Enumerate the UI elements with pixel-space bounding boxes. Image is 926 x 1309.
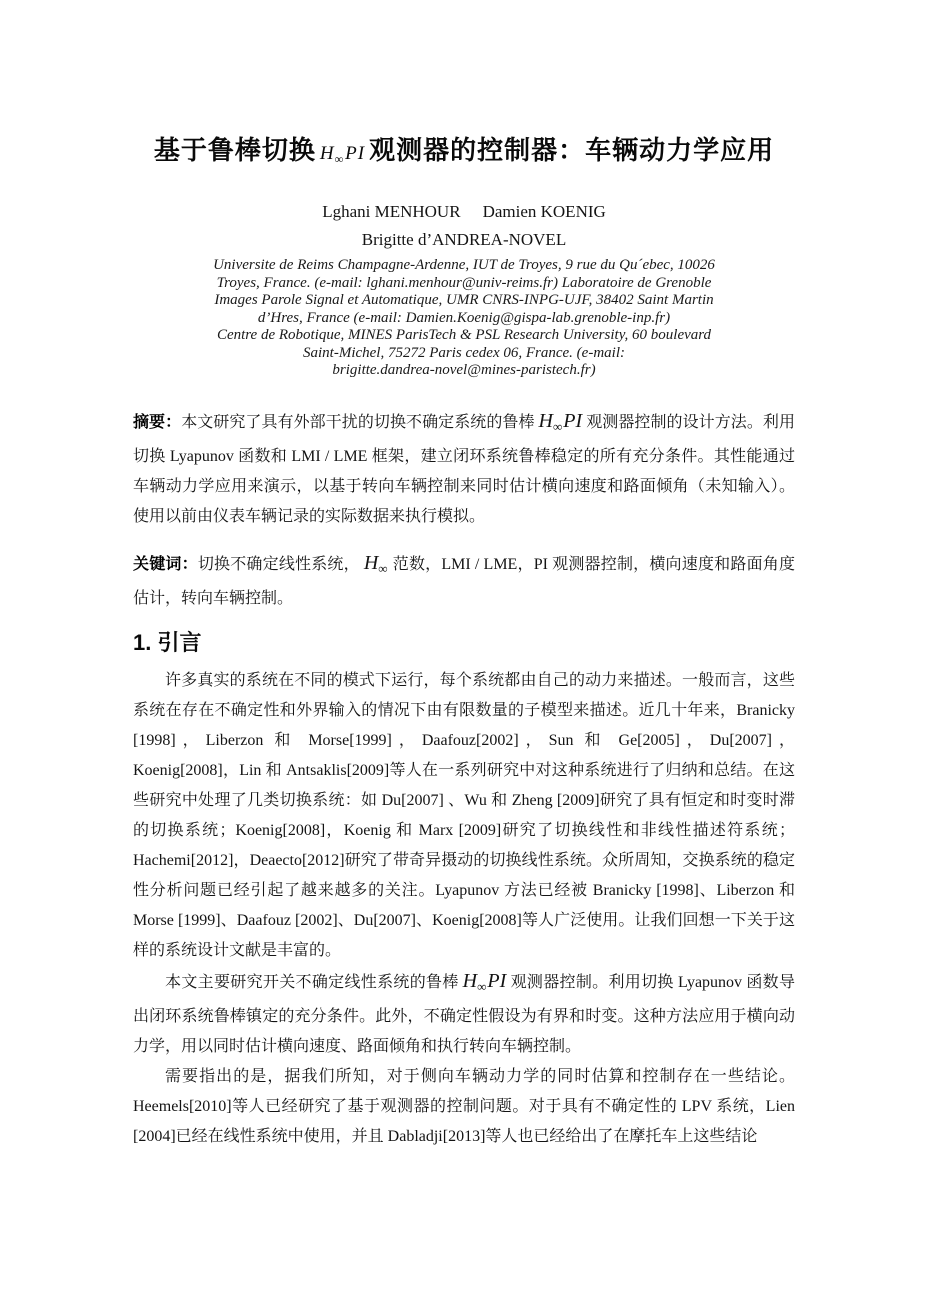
math-sub: ∞ — [477, 979, 486, 994]
paper-page: 基于鲁棒切换H∞PI观测器的控制器：车辆动力学应用 Lghani MENHOUR… — [0, 0, 926, 1309]
math-base: H — [320, 143, 335, 164]
hinf-math-icon: H∞ — [364, 552, 389, 574]
hinf-pi-math-icon: H∞PI — [539, 410, 583, 432]
math-base: H — [463, 970, 477, 992]
authors-line-2: Brigitte d’ANDREA-NOVEL — [133, 229, 795, 251]
affiliation-block: Universite de Reims Champagne-Ardenne, I… — [133, 257, 795, 380]
author-name-3: Brigitte d’ANDREA-NOVEL — [362, 230, 566, 249]
abstract-text-before: 本文研究了具有外部干扰的切换不确定系统的鲁棒 — [181, 414, 534, 431]
affiliation-line: Saint-Michel, 75272 Paris cedex 06, Fran… — [133, 345, 795, 363]
abstract-paragraph: 摘要：本文研究了具有外部干扰的切换不确定系统的鲁棒H∞PI观测器控制的设计方法。… — [133, 406, 795, 532]
intro-paragraph-1: 许多真实的系统在不同的模式下运行，每个系统都由自己的动力来描述。一般而言，这些系… — [133, 666, 795, 966]
page-title: 基于鲁棒切换H∞PI观测器的控制器：车辆动力学应用 — [123, 132, 805, 177]
math-rest: PI — [487, 970, 506, 992]
section-heading: 1. 引言 — [133, 628, 795, 658]
para2-text-before: 本文主要研究开关不确定线性系统的鲁棒 — [165, 974, 459, 991]
author-name-1: Lghani MENHOUR — [322, 202, 460, 221]
title-text-pre: 基于鲁棒切换 — [154, 135, 316, 165]
math-base: H — [364, 552, 378, 574]
title-text-post: 观测器的控制器：车辆动力学应用 — [369, 135, 774, 165]
keywords-text-before: 切换不确定线性系统， — [198, 556, 360, 573]
intro-paragraph-3: 需要指出的是，据我们所知，对于侧向车辆动力学的同时估算和控制存在一些结论。Hee… — [133, 1062, 795, 1152]
math-sub: ∞ — [378, 561, 387, 576]
hinf-pi-math-icon: H∞PI — [463, 970, 507, 992]
intro-paragraph-2: 本文主要研究开关不确定线性系统的鲁棒H∞PI观测器控制。利用切换 Lyapuno… — [133, 966, 795, 1062]
math-rest: PI — [563, 410, 582, 432]
affiliation-line: brigitte.dandrea-novel@mines-paristech.f… — [133, 362, 795, 380]
author-name-2: Damien KOENIG — [483, 202, 606, 221]
authors-line: Lghani MENHOURDamien KOENIG — [133, 201, 795, 223]
affiliation-line: d’Hres, France (e-mail: Damien.Koenig@gi… — [133, 310, 795, 328]
math-rest: PI — [345, 143, 365, 164]
section-introduction: 1. 引言 许多真实的系统在不同的模式下运行，每个系统都由自己的动力来描述。一般… — [133, 628, 795, 1152]
math-base: H — [539, 410, 553, 432]
keywords-label: 关键词： — [133, 556, 198, 573]
hinf-pi-math-icon: H∞PI — [320, 143, 365, 164]
math-sub: ∞ — [553, 419, 562, 434]
math-sub: ∞ — [335, 152, 345, 166]
affiliation-line: Centre de Robotique, MINES ParisTech & P… — [133, 327, 795, 345]
affiliation-line: Troyes, France. (e-mail: lghani.menhour@… — [133, 275, 795, 293]
affiliation-line: Images Parole Signal et Automatique, UMR… — [133, 292, 795, 310]
keywords-paragraph: 关键词：切换不确定线性系统，H∞范数，LMI / LME，PI 观测器控制，横向… — [133, 548, 795, 614]
abstract-label: 摘要： — [133, 414, 181, 431]
affiliation-line: Universite de Reims Champagne-Ardenne, I… — [133, 257, 795, 275]
